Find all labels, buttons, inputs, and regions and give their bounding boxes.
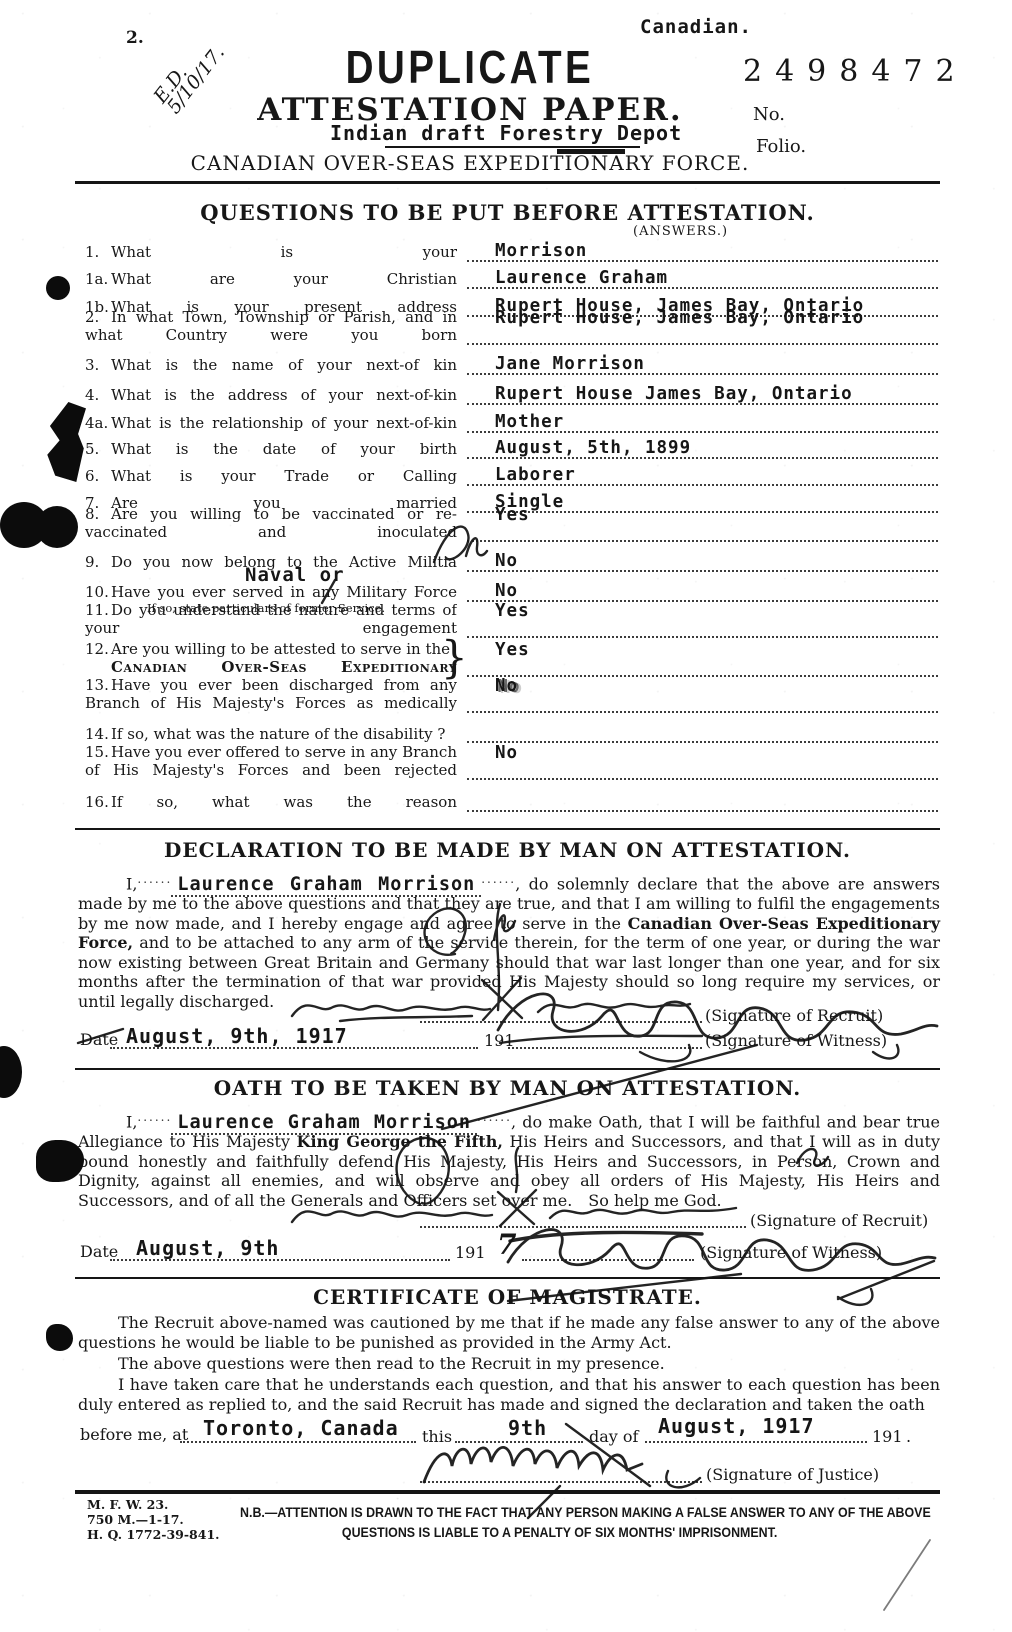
leader-dots [93,374,457,375]
year-stub: 191 [455,1243,486,1262]
form-codes: M. F. W. 23. 750 M.—1-17. H. Q. 1772-39-… [87,1497,220,1542]
oath-paragraph: I,Laurence Graham Morrison, do make Oath… [78,1106,940,1210]
declaration-paragraph: I,Laurence Graham Morrison, do solemnly … [78,868,940,1011]
question-row-1: 1.What is your surname? Morrison [85,240,938,262]
leader-dots [481,868,515,890]
this-label: this [422,1427,452,1446]
recruit-signature [292,1211,492,1222]
question-row-4a: 4a.What is the relationship of your next… [85,411,938,433]
witness-signature [510,1232,702,1241]
serial-number: 2498472 [743,54,968,89]
signature-of-recruit-label: (Signature of Recruit) [705,1006,883,1025]
day-line [455,1441,583,1443]
bottom-rule [75,1490,940,1494]
leader-dots [93,458,457,459]
leader-dots [93,779,457,780]
month-line [645,1441,867,1443]
ink-blot [36,1140,84,1182]
witness-signature [500,1036,702,1043]
day-of-label: day of [589,1427,638,1446]
recruit-signature-line [420,1021,702,1023]
place-typed: Toronto, Canada [203,1416,399,1440]
leader-dots [93,541,457,542]
magistrate-para3: I have taken care that he understands ea… [78,1375,940,1414]
unit-overprint: Indian draft Forestry Depot [330,121,682,145]
questions-title: QUESTIONS TO BE PUT BEFORE ATTESTATION. [75,200,940,225]
leader-dots [137,1106,171,1128]
leader-dots [137,868,171,890]
section-rule [75,828,940,830]
day-typed: 9th [508,1416,547,1440]
signature-of-justice-label: (Signature of Justice) [706,1465,879,1484]
question-row-3: 3.What is the name of your next-of kin ?… [85,353,938,375]
answer-line: Yes [467,596,938,638]
answer-line: No [467,738,938,780]
attestation-paper-scan: 2. E.D. 5/10/17. Canadian. DUPLICATE 249… [0,0,1012,1632]
answer-line: Laurence Graham [467,265,938,289]
leader-dots [93,432,457,433]
duplicate-stamp: DUPLICATE [346,40,594,94]
pen-stroke [884,1540,930,1610]
month-typed: August, 1917 [658,1414,815,1438]
recruit-signature-line [420,1226,746,1228]
ink-blot [42,402,86,482]
magistrate-para1: The Recruit above-named was cautioned by… [78,1313,940,1352]
question-row-16: 16.If so, what was the reason ? [85,790,938,812]
answer-line: Rupert House, James Bay, Ontario [467,303,938,345]
signature-of-recruit-label: (Signature of Recruit) [750,1211,928,1230]
answer-line: Morrison [467,238,938,262]
answer-line: Rupert House James Bay, Ontario [467,381,938,405]
question-row-1a: 1a.What are your Christian names? Lauren… [85,267,938,289]
subtitle: CANADIAN OVER-SEAS EXPEDITIONARY FORCE. [75,151,865,175]
answers-label: (ANSWERS.) [633,224,728,239]
leader-dots [93,811,457,812]
handwritten-year-digit: 7 [497,1228,516,1261]
overprint-underline [385,146,640,148]
answer-line: No [467,548,938,572]
ink-blot [0,1046,22,1098]
section-rule [75,1068,940,1070]
leader-dots [93,344,457,345]
ink-blot [46,276,70,300]
question-row-4: 4.What is the address of your next-of-ki… [85,383,938,405]
question-row-15: 15.Have you ever offered to serve in any… [85,740,938,780]
period: . [906,1427,911,1446]
signature-of-witness-label: (Signature of Witness) [700,1243,882,1262]
answer-line: Laborer [467,462,938,486]
question-row-13: 13.Have you ever been discharged from an… [85,673,938,713]
declaration-title: DECLARATION TO BE MADE BY MAN ON ATTESTA… [75,838,940,862]
leader-dots [142,288,457,289]
nb-warning: N.B.—ATTENTION IS DRAWN TO THE FACT THAT… [210,1502,910,1541]
year-stub: 191 [872,1427,903,1446]
justice-signature-line [420,1481,702,1483]
answer-line: Jane Morrison [467,351,938,375]
ink-blot [46,1324,73,1351]
question-row-5: 5.What is the date of your birth ? Augus… [85,437,938,459]
answer-line [467,788,938,812]
question-row-8: 8.Are you willing to be vaccinated or re… [85,502,938,542]
oath-title: OATH TO BE TAKEN BY MAN ON ATTESTATION. [75,1076,940,1100]
answer-line: Yes [467,500,938,542]
no-label: No. [753,104,785,125]
signature-of-witness-label: (Signature of Witness) [705,1031,887,1050]
witness-signature-line [508,1047,702,1049]
leader-dots [93,404,457,405]
oath-date-typed: August, 9th [136,1236,279,1260]
corner-label-canadian: Canadian. [640,16,752,38]
question-row-9: 9.Do you now belong to the Active Militi… [85,550,938,572]
leader-dots [477,1106,511,1128]
question-row-6: 6.What is your Trade or Calling ? Labore… [85,464,938,486]
header-rule [75,181,940,184]
declaration-date-typed: August, 9th, 1917 [126,1024,348,1048]
answer-line: No [467,671,938,713]
magistrate-title: CERTIFICATE OF MAGISTRATE. [75,1285,940,1309]
magistrate-para2: The above questions were then read to th… [78,1354,940,1374]
question-row-2: 2.In what Town, Township or Parish, and … [85,305,938,345]
question-row-11: 11.Do you understand the nature and term… [85,598,938,638]
section-rule [75,1277,940,1279]
witness-signature-line [522,1259,694,1261]
naval-or-overprint: Naval or [245,564,345,586]
answer-line: Mother [467,409,938,433]
ink-blot [36,506,78,548]
leader-dots [159,261,457,262]
before-me-label: before me, at [80,1425,188,1444]
justice-signature [424,1447,642,1482]
answer-line: August, 5th, 1899 [467,435,938,459]
place-line [180,1441,416,1443]
leader-dots [93,485,457,486]
